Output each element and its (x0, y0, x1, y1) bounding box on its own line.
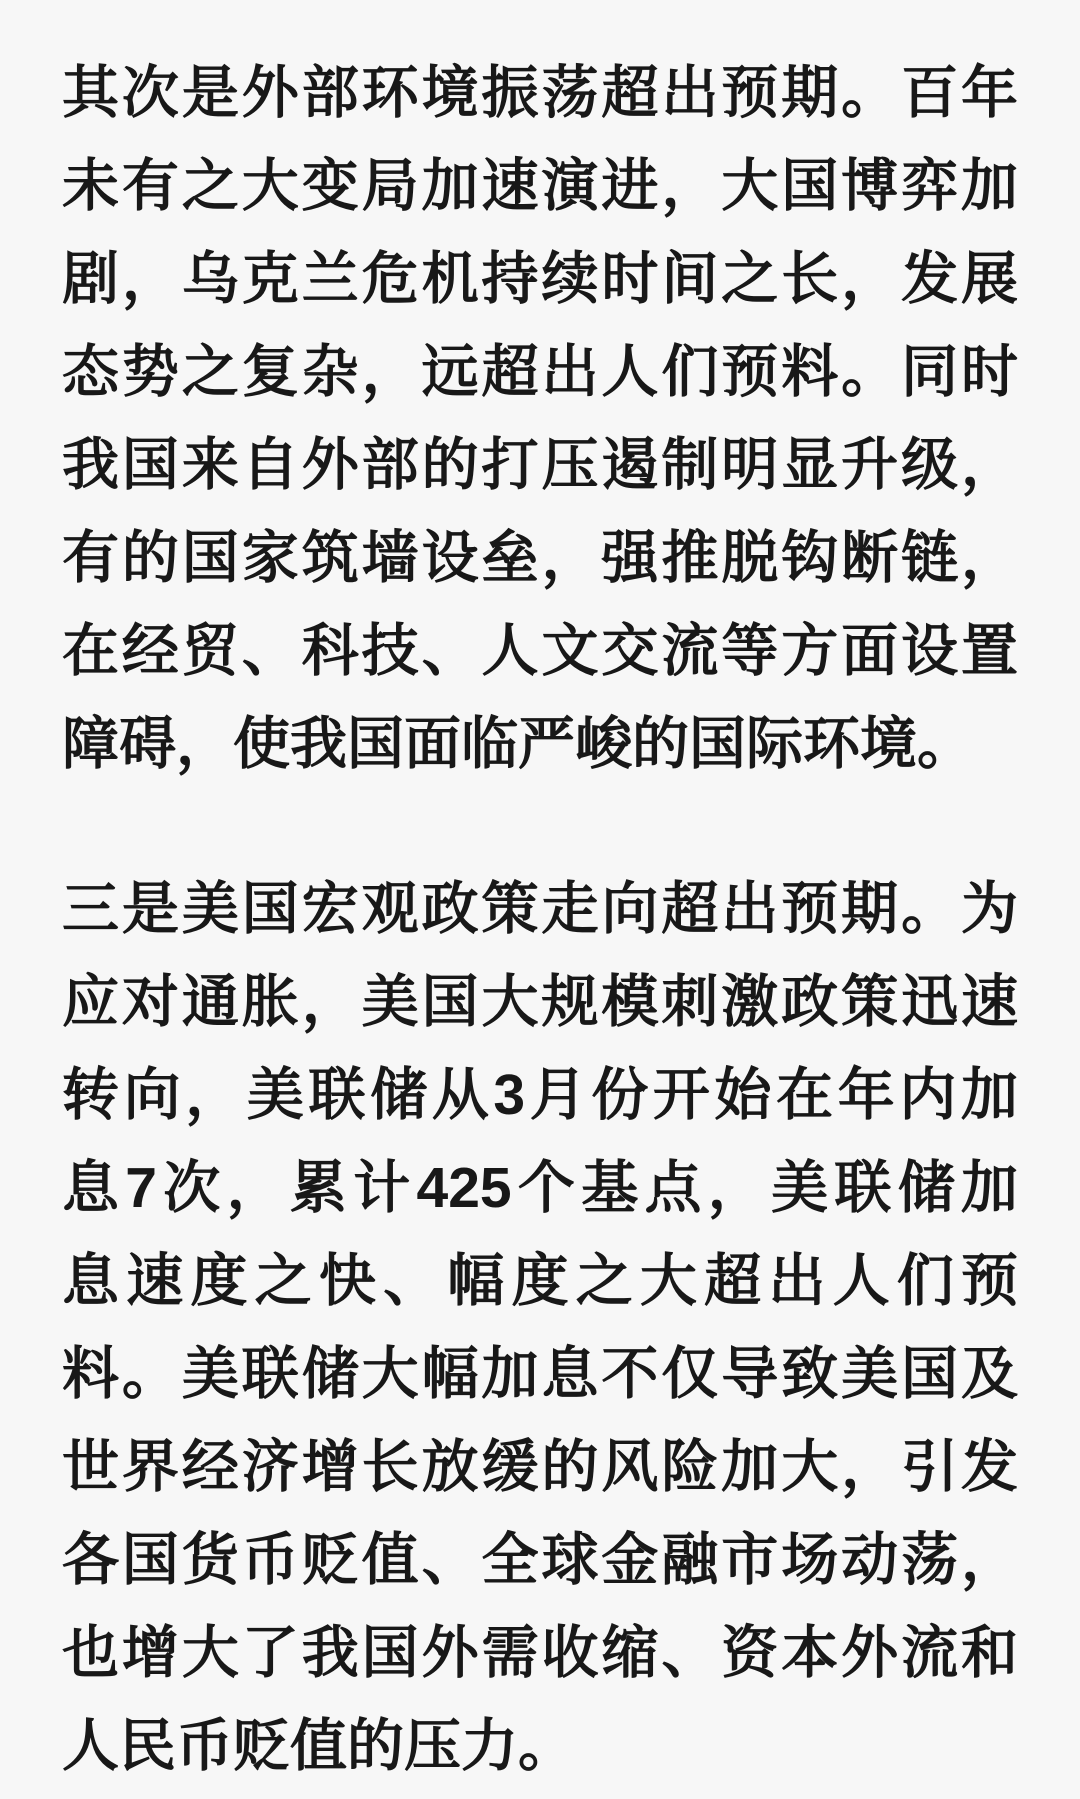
text-line: 转向，美联储从3月份开始在年内加 (62, 1049, 1018, 1142)
text-line: 三是美国宏观政策走向超出预期。为 (62, 863, 1018, 956)
text-line: 在经贸、科技、人文交流等方面设置 (62, 605, 1018, 698)
text-line: 有的国家筑墙设垒，强推脱钩断链， (62, 512, 1018, 605)
text-line: 其次是外部环境振荡超出预期。百年 (62, 47, 1018, 140)
text-line: 我国来自外部的打压遏制明显升级， (62, 419, 1018, 512)
article-page: 其次是外部环境振荡超出预期。百年 未有之大变局加速演进，大国博弈加 剧，乌克兰危… (0, 0, 1080, 1799)
text-line: 剧，乌克兰危机持续时间之长，发展 (62, 233, 1018, 326)
text-line: 未有之大变局加速演进，大国博弈加 (62, 140, 1018, 233)
text-line: 也增大了我国外需收缩、资本外流和 (62, 1607, 1018, 1700)
text-line: 应对通胀，美国大规模刺激政策迅速 (62, 956, 1018, 1049)
text-line: 态势之复杂，远超出人们预料。同时 (62, 326, 1018, 419)
text-line: 料。美联储大幅加息不仅导致美国及 (62, 1328, 1018, 1421)
text-line: 人民币贬值的压力。 (62, 1700, 1018, 1793)
paragraph-2: 三是美国宏观政策走向超出预期。为 应对通胀，美国大规模刺激政策迅速 转向，美联储… (62, 863, 1018, 1793)
text-line: 障碍，使我国面临严峻的国际环境。 (62, 698, 1018, 791)
text-line: 世界经济增长放缓的风险加大，引发 (62, 1421, 1018, 1514)
paragraph-1: 其次是外部环境振荡超出预期。百年 未有之大变局加速演进，大国博弈加 剧，乌克兰危… (62, 47, 1018, 791)
text-line: 息速度之快、幅度之大超出人们预 (62, 1235, 1018, 1328)
text-line: 各国货币贬值、全球金融市场动荡， (62, 1514, 1018, 1607)
text-line: 息7次，累计425个基点，美联储加 (62, 1142, 1018, 1235)
